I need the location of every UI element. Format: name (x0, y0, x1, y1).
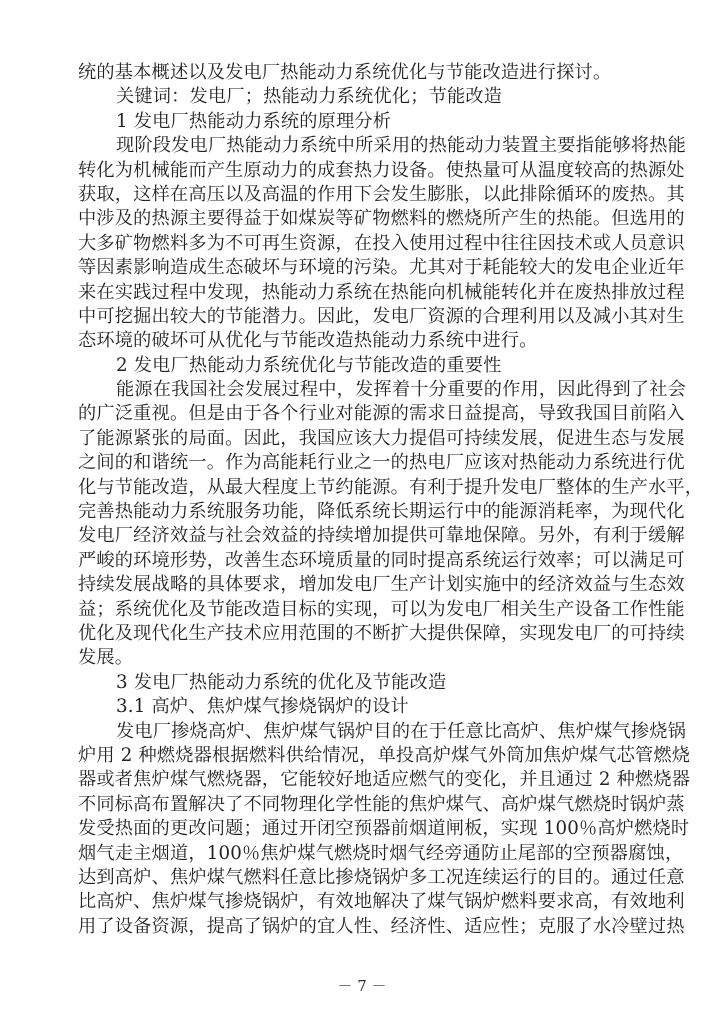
text-line: 持续发展战略的具体要求，增加发电厂生产计划实施中的经济效益与生态效 (78, 573, 644, 597)
text-line: 中涉及的热源主要得益于如煤炭等矿物燃料的燃烧所产生的热能。但选用的 (78, 207, 644, 231)
keywords-line: 关键词：发电厂；热能动力系统优化；节能改造 (78, 85, 644, 109)
section-heading: 1 发电厂热能动力系统的原理分析 (78, 110, 644, 134)
text-line: 的广泛重视。但是由于各个行业对能源的需求日益提高，导致我国目前陷入 (78, 402, 644, 426)
text-line: 了能源紧张的局面。因此，我国应该大力提倡可持续发展，促进生态与发展 (78, 427, 644, 451)
text-line: 来在实践过程中发现，热能动力系统在热能向机械能转化并在废热排放过程 (78, 281, 644, 305)
text-line: 用了设备资源，提高了锅炉的宜人性、经济性、适应性；克服了水冷壁过热 (78, 915, 644, 939)
text-line: 完善热能动力系统服务功能，降低系统长期运行中的能源消耗率，为现代化 (78, 500, 644, 524)
text-line: 器或者焦炉煤气燃烧器，它能较好地适应燃气的变化，并且通过 2 种燃烧器 (78, 768, 644, 792)
text-line: 发受热面的更改问题；通过开闭空预器前烟道闸板，实现 100％高炉燃烧时 (78, 817, 644, 841)
text-line: 烟气走主烟道，100％焦炉煤气燃烧时烟气经旁通防止尾部的空预器腐蚀， (78, 842, 644, 866)
text-line: 能源在我国社会发展过程中，发挥着十分重要的作用，因此得到了社会 (78, 378, 644, 402)
text-line: 化与节能改造，从最大程度上节约能源。有利于提升发电厂整体的生产水平， (78, 476, 644, 500)
text-line: 中可挖掘出较大的节能潜力。因此，发电厂资源的合理利用以及减小其对生 (78, 305, 644, 329)
text-line: 比高炉、焦炉煤气掺烧锅炉，有效地解决了煤气锅炉燃料要求高，有效地利 (78, 890, 644, 914)
section-heading: 3 发电厂热能动力系统的优化及节能改造 (78, 671, 644, 695)
section-heading: 2 发电厂热能动力系统优化与节能改造的重要性 (78, 354, 644, 378)
text-line: 统的基本概述以及发电厂热能动力系统优化与节能改造进行探讨。 (78, 61, 644, 85)
text-line: 态环境的破坏可从优化与节能改造热能动力系统中进行。 (78, 329, 644, 353)
text-line: 炉用 2 种燃烧器根据燃料供给情况，单投高炉煤气外筒加焦炉煤气芯管燃烧 (78, 744, 644, 768)
text-line: 之间的和谐统一。作为高能耗行业之一的热电厂应该对热能动力系统进行优 (78, 451, 644, 475)
text-line: 现阶段发电厂热能动力系统中所采用的热能动力装置主要指能够将热能 (78, 134, 644, 158)
text-line: 获取，这样在高压以及高温的作用下会发生膨胀，以此排除循环的废热。其 (78, 183, 644, 207)
text-line: 发电厂掺烧高炉、焦炉煤气锅炉目的在于任意比高炉、焦炉煤气掺烧锅 (78, 720, 644, 744)
text-line: 益；系统优化及节能改造目标的实现，可以为发电厂相关生产设备工作性能 (78, 598, 644, 622)
text-line: 等因素影响造成生态破坏与环境的污染。尤其对于耗能较大的发电企业近年 (78, 256, 644, 280)
text-line: 优化及现代化生产技术应用范围的不断扩大提供保障，实现发电厂的可持续 (78, 622, 644, 646)
text-line: 不同标高布置解决了不同物理化学性能的焦炉煤气、高炉煤气燃烧时锅炉蒸 (78, 793, 644, 817)
text-line: 发电厂经济效益与社会效益的持续增加提供可靠地保障。另外，有利于缓解 (78, 524, 644, 548)
text-line: 严峻的环境形势，改善生态环境质量的同时提高系统运行效率；可以满足可 (78, 549, 644, 573)
subsection-heading: 3.1 高炉、焦炉煤气掺烧锅炉的设计 (78, 695, 644, 719)
document-body: 统的基本概述以及发电厂热能动力系统优化与节能改造进行探讨。关键词：发电厂；热能动… (78, 61, 644, 939)
text-line: 达到高炉、焦炉煤气燃料任意比掺烧锅炉多工况连续运行的目的。通过任意 (78, 866, 644, 890)
text-line: 大多矿物燃料多为不可再生资源，在投入使用过程中往往因技术或人员意识 (78, 232, 644, 256)
text-line: 转化为机械能而产生原动力的成套热力设备。使热量可从温度较高的热源处 (78, 159, 644, 183)
page-number: － 7 － (0, 975, 724, 996)
text-line: 发展。 (78, 646, 644, 670)
